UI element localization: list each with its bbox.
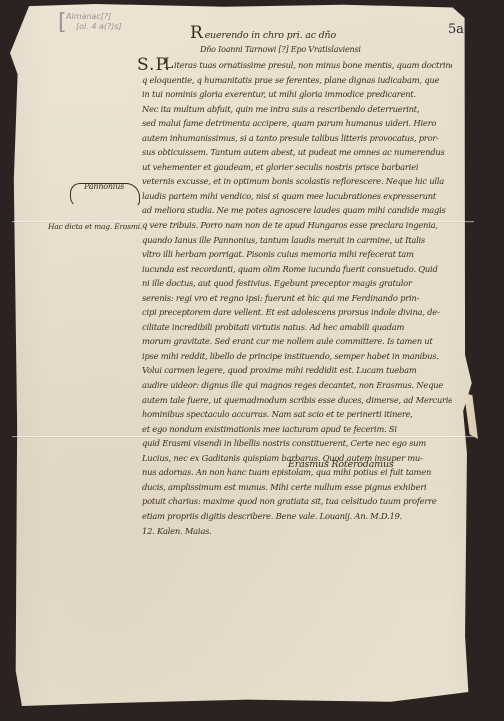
body-line: veternis excusse, et in optimum bonis sc… <box>142 174 452 189</box>
margin-bracketed-word: Pannonius <box>84 182 124 191</box>
margin-note: Hac dicta et mag. Erasmi. <box>48 222 142 231</box>
body-line: iucunda est recordanti, quam olim Rome i… <box>142 262 452 277</box>
torn-edge <box>464 393 478 439</box>
archival-pencil-note: [ Almanac[?] [ol. 4 a(?)s] <box>66 12 122 32</box>
dropcap: L <box>164 57 173 72</box>
body-line: cipi preceptorem dare vellent. Et est ad… <box>142 305 452 320</box>
body-line: q vere tribuis. Porro nam non de te apud… <box>142 218 452 233</box>
body-line: ducis, amplissimum est munus. Mihi certe… <box>142 480 452 495</box>
body-line: Nec ita multum abfuit, quin me intra sui… <box>142 102 452 117</box>
body-line: audire uideor: dignus ille qui magnos re… <box>142 378 452 393</box>
address-text: euerendo in chro pri. ac dño <box>205 30 336 41</box>
body-line: quid Erasmi visendi in libellis nostris … <box>142 436 452 451</box>
body-line-text: iteras tuas ornatissime presul, non minu… <box>174 60 452 70</box>
body-line: laudis partem mihi vendico, nisi si quam… <box>142 189 452 204</box>
body-line: autem tale fuere, ut quemadmodum scribis… <box>142 393 452 408</box>
archival-note-line: Almanac[?] <box>66 12 122 22</box>
body-line: 12. Kalen. Maias. <box>142 524 452 539</box>
body-line: et ego nondum existimationis mee iactura… <box>142 422 452 437</box>
folio-number: 5a <box>448 22 464 37</box>
signature: Erasmus Roterodamus <box>288 459 394 470</box>
body-line: in tui nominis gloria exerentur, ut mihi… <box>142 87 452 102</box>
address-line-2: Dño Ioanni Tarnowi [?] Epo Vratislaviens… <box>200 45 361 54</box>
body-line: vltro illi herbam porrigat. Pisonis cuiu… <box>142 247 452 262</box>
address-initial: R <box>190 23 203 43</box>
body-line: Literas tuas ornatissime presul, non min… <box>142 57 452 73</box>
manuscript-scan: 5a [ Almanac[?] [ol. 4 a(?)s] Reuerendo … <box>0 0 504 721</box>
body-line: potuit charius: maxime quod non gratiata… <box>142 494 452 509</box>
body-line: ni ille doctus, aut quod festivius. Egeb… <box>142 276 452 291</box>
body-line: quando Ianus ille Pannonius, tantum laud… <box>142 233 452 248</box>
body-line: autem inhumanissimus, si a tanto presule… <box>142 131 452 146</box>
body-line: morum gravitate. Sed erant cur me nollem… <box>142 334 452 349</box>
archival-note-line: [ol. 4 a(?)s] <box>66 22 122 32</box>
bracket-open-icon: [ <box>58 12 67 34</box>
body-line: ad meliora studia. Ne me potes agnoscere… <box>142 203 452 218</box>
body-line: serenis: regi vro et regno ipsi: fuerunt… <box>142 291 452 306</box>
body-line: ut vehementer et gaudeam, et glorier sec… <box>142 160 452 175</box>
body-line: q eloquentie, q humanitatis prae se fere… <box>142 73 452 88</box>
body-line: Volui carmen legere, quod proxime mihi r… <box>142 363 452 378</box>
address-line-1: Reuerendo in chro pri. ac dño <box>190 23 336 43</box>
body-line: ipse mihi reddit, libello de principe in… <box>142 349 452 364</box>
body-line: hominibus spectaculo accurras. Nam sat s… <box>142 407 452 422</box>
body-line: cilitate incredibili probitati virtutis … <box>142 320 452 335</box>
body-line: sed malui fame detrimenta accipere, quam… <box>142 116 452 131</box>
body-line: etiam propriis digitis describere. Bene … <box>142 509 452 524</box>
body-line: sus obticuissem. Tantum autem abest, ut … <box>142 145 452 160</box>
